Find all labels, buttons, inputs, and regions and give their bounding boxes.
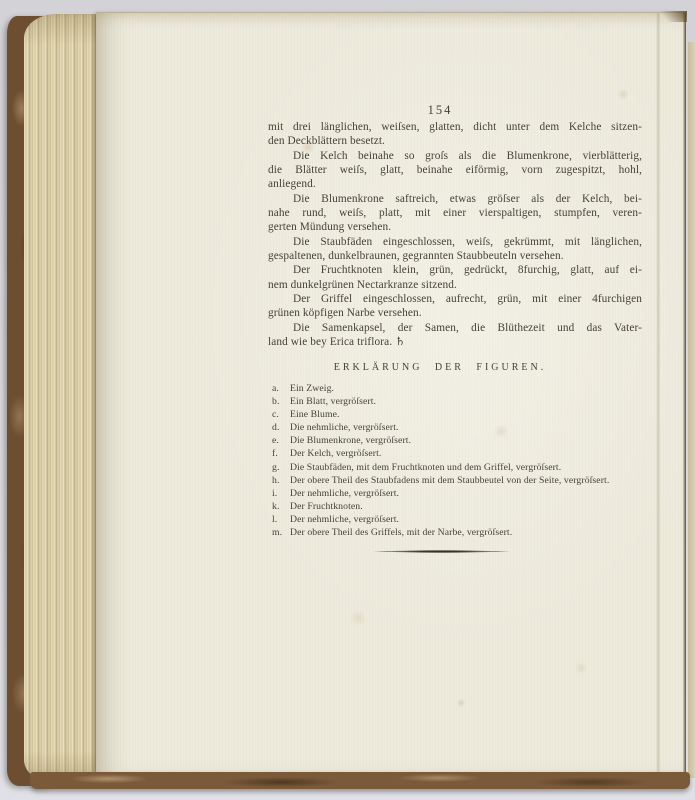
- figure-item: b.Ein Blatt, vergröſsert.: [272, 395, 650, 408]
- separator-rule: [373, 550, 510, 553]
- figure-item-text: Ein Blatt, vergröſsert.: [290, 395, 650, 408]
- figure-item-label: f.: [272, 447, 290, 460]
- foxing-spot: [456, 699, 466, 707]
- body-line: nahe rund, weiſs, platt, mit einer viers…: [268, 206, 642, 220]
- figure-item: i.Der nehmliche, vergröſsert.: [272, 487, 650, 500]
- figure-item-label: h.: [272, 474, 290, 487]
- body-line: den Deckblättern besetzt.: [268, 134, 642, 148]
- body-line: anliegend.: [268, 177, 642, 191]
- body-line: Die Samenkapsel, der Samen, die Blütheze…: [268, 321, 642, 335]
- figure-list: a.Ein Zweig.b.Ein Blatt, vergröſsert.c.E…: [272, 382, 650, 539]
- book-bottom-edge: [30, 772, 690, 789]
- figures-heading: ERKLÄRUNG DER FIGUREN.: [268, 362, 612, 373]
- body-line: gespaltenen, dunkelbraunen, gegrannten S…: [268, 249, 642, 263]
- figure-item: h.Der obere Theil des Staubfadens mit de…: [272, 474, 650, 487]
- figure-item: d.Die nehmliche, vergröſsert.: [272, 421, 650, 434]
- body-line: Die Kelch beinahe so groſs als die Blume…: [268, 149, 642, 163]
- figure-item-label: k.: [272, 500, 290, 513]
- corner-smudge: [657, 11, 687, 22]
- figure-item-label: l.: [272, 513, 290, 526]
- page-right-edge: [683, 13, 686, 775]
- body-line: nem dunkelgrünen Nectarkranze sitzend.: [268, 278, 642, 292]
- body-line: mit drei länglichen, weiſsen, glatten, d…: [268, 120, 642, 134]
- figure-item-text: Der obere Theil des Griffels, mit der Na…: [290, 526, 650, 539]
- board-edge-sliver: [688, 42, 695, 778]
- foxing-spot: [348, 611, 368, 625]
- body-line: Die Staubfäden eingeschlossen, weiſs, ge…: [268, 235, 642, 249]
- figure-item-text: Der nehmliche, vergröſsert.: [290, 513, 650, 526]
- figure-item-text: Der Kelch, vergröſsert.: [290, 447, 650, 460]
- figure-item: g.Die Staubfäden, mit dem Fruchtknoten u…: [272, 461, 650, 474]
- figure-item-text: Die Staubfäden, mit dem Fruchtknoten und…: [290, 461, 650, 474]
- figure-item: l.Der nehmliche, vergröſsert.: [272, 513, 650, 526]
- figure-item-label: d.: [272, 421, 290, 434]
- page-number: 154: [268, 103, 612, 118]
- page-edge-stack: [24, 14, 98, 782]
- figure-item: f.Der Kelch, vergröſsert.: [272, 447, 650, 460]
- page-crease: [656, 13, 660, 775]
- body-line: Der Fruchtknoten klein, grün, gedrückt, …: [268, 263, 642, 277]
- figure-item: a.Ein Zweig.: [272, 382, 650, 395]
- body-line: Die Blumenkrone saftreich, etwas gröſser…: [268, 192, 642, 206]
- body-line: Der Griffel eingeschlossen, aufrecht, gr…: [268, 292, 642, 306]
- figure-item-label: i.: [272, 487, 290, 500]
- figure-item: k.Der Fruchtknoten.: [272, 500, 650, 513]
- foxing-spot: [616, 89, 630, 99]
- figure-item: e.Die Blumenkrone, vergröſsert.: [272, 434, 650, 447]
- body-line: grünen köpfigen Narbe versehen.: [268, 306, 642, 320]
- scan-background: 154 mit drei länglichen, weiſsen, glatte…: [0, 0, 695, 800]
- foxing-spot: [574, 663, 588, 673]
- figure-item-label: e.: [272, 434, 290, 447]
- figure-item-label: g.: [272, 461, 290, 474]
- figure-item-text: Ein Zweig.: [290, 382, 650, 395]
- figure-item-text: Die nehmliche, vergröſsert.: [290, 421, 650, 434]
- body-text: mit drei länglichen, weiſsen, glatten, d…: [268, 120, 642, 350]
- figure-item-text: Der Fruchtknoten.: [290, 500, 650, 513]
- figure-item-text: Der obere Theil des Staubfadens mit dem …: [290, 474, 650, 487]
- figure-item-label: a.: [272, 382, 290, 395]
- figure-item-label: b.: [272, 395, 290, 408]
- figure-item-text: Die Blumenkrone, vergröſsert.: [290, 434, 650, 447]
- figure-item-text: Eine Blume.: [290, 408, 650, 421]
- book-page: 154 mit drei länglichen, weiſsen, glatte…: [96, 12, 686, 775]
- figure-item: c.Eine Blume.: [272, 408, 650, 421]
- figure-item-label: m.: [272, 526, 290, 539]
- figure-item: m.Der obere Theil des Griffels, mit der …: [272, 526, 650, 539]
- body-line: gerten Mündung versehen.: [268, 220, 642, 234]
- figure-item-text: Der nehmliche, vergröſsert.: [290, 487, 650, 500]
- body-line: die Blätter weiſs, glatt, beinahe eiförm…: [268, 163, 642, 177]
- figure-item-label: c.: [272, 408, 290, 421]
- body-line: land wie bey Erica triflora. ♄: [268, 335, 642, 349]
